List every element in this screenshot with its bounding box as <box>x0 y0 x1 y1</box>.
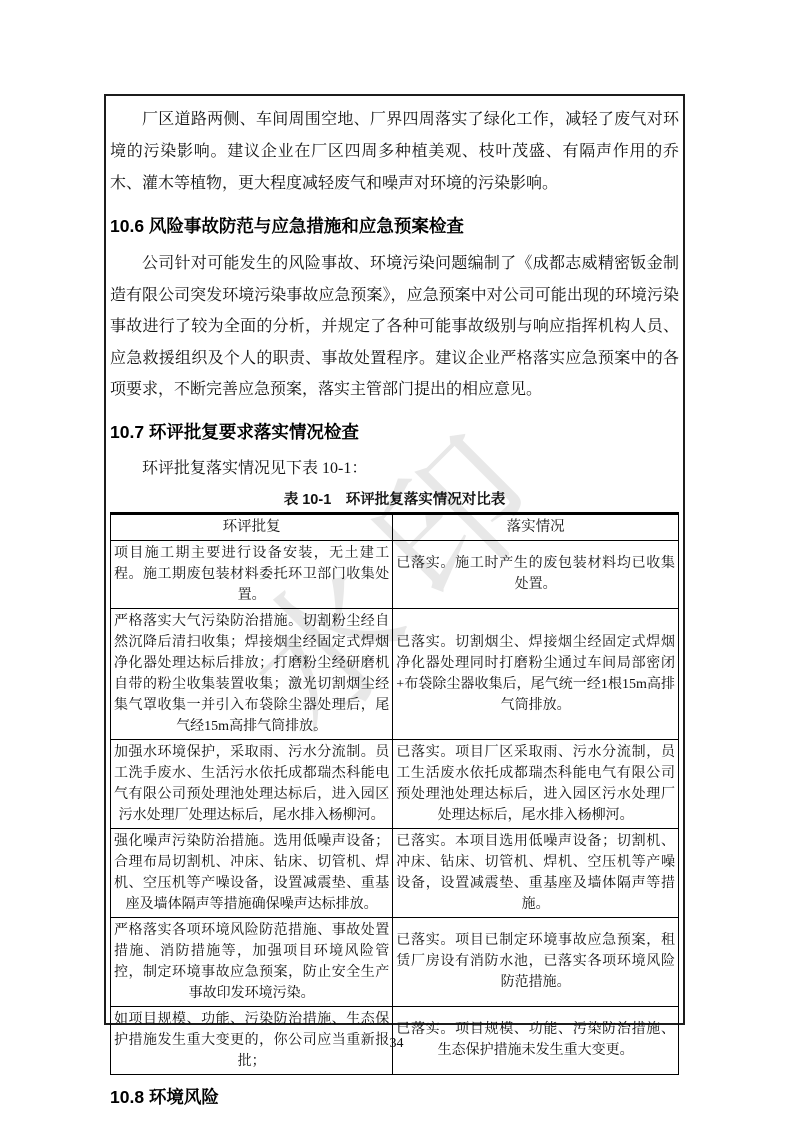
document-page: 水印 厂区道路两侧、车间周围空地、厂界四周落实了绿化工作，减轻了废气对环境的污染… <box>0 0 793 1122</box>
cell-implementation-3: 已落实。项目厂区采取雨、污水分流制，员工生活废水依托成都瑞杰科能电气有限公司预处… <box>393 739 679 828</box>
eia-approval-comparison-table: 环评批复 落实情况 项目施工期主要进行设备安装，无土建工程。施工期废包装材料委托… <box>110 512 679 1075</box>
cell-implementation-1: 已落实。施工时产生的废包装材料均已收集处置。 <box>393 540 679 608</box>
table-intro-line: 环评批复落实情况见下表 10-1： <box>110 454 679 484</box>
page-number: 34 <box>0 1036 793 1052</box>
cell-implementation-2: 已落实。切割烟尘、焊接烟尘经固定式焊烟净化器处理同时打磨粉尘通过车间局部密闭+布… <box>393 608 679 739</box>
cell-approval-5: 严格落实各项环境风险防范措施、事故处置措施、消防措施等，加强项目环境风险管控，制… <box>111 917 393 1006</box>
cell-implementation-4: 已落实。本项目选用低噪声设备；切割机、冲床、钻床、切管机、焊机、空压机等产噪设备… <box>393 828 679 917</box>
heading-10-8: 10.8 环境风险 <box>110 1084 679 1110</box>
cell-approval-4: 强化噪声污染防治措施。选用低噪声设备；合理布局切割机、冲床、钻床、切管机、焊机、… <box>111 828 393 917</box>
table-row: 严格落实大气污染防治措施。切割粉尘经自然沉降后清扫收集；焊接烟尘经固定式焊烟净化… <box>111 608 679 739</box>
cell-approval-1: 项目施工期主要进行设备安装，无土建工程。施工期废包装材料委托环卫部门收集处置。 <box>111 540 393 608</box>
table-row: 项目施工期主要进行设备安装，无土建工程。施工期废包装材料委托环卫部门收集处置。 … <box>111 540 679 608</box>
paragraph-greening: 厂区道路两侧、车间周围空地、厂界四周落实了绿化工作，减轻了废气对环境的污染影响。… <box>110 104 679 200</box>
cell-approval-2: 严格落实大气污染防治措施。切割粉尘经自然沉降后清扫收集；焊接烟尘经固定式焊烟净化… <box>111 608 393 739</box>
paragraph-10-6: 公司针对可能发生的风险事故、环境污染问题编制了《成都志威精密钣金制造有限公司突发… <box>110 248 679 406</box>
column-header-eia-approval: 环评批复 <box>111 513 393 540</box>
table-caption: 表 10-1 环评批复落实情况对比表 <box>110 488 679 509</box>
table-row: 强化噪声污染防治措施。选用低噪声设备；合理布局切割机、冲床、钻床、切管机、焊机、… <box>111 828 679 917</box>
heading-10-7: 10.7 环评批复要求落实情况检查 <box>110 419 679 445</box>
table-row: 严格落实各项环境风险防范措施、事故处置措施、消防措施等，加强项目环境风险管控，制… <box>111 917 679 1006</box>
cell-approval-3: 加强水环境保护，采取雨、污水分流制。员工洗手废水、生活污水依托成都瑞杰科能电气有… <box>111 739 393 828</box>
page-border-frame: 厂区道路两侧、车间周围空地、厂界四周落实了绿化工作，减轻了废气对环境的污染影响。… <box>104 94 685 1025</box>
table-row: 加强水环境保护，采取雨、污水分流制。员工洗手废水、生活污水依托成都瑞杰科能电气有… <box>111 739 679 828</box>
column-header-implementation: 落实情况 <box>393 513 679 540</box>
heading-10-6: 10.6 风险事故防范与应急措施和应急预案检查 <box>110 213 679 239</box>
table-header-row: 环评批复 落实情况 <box>111 513 679 540</box>
cell-implementation-5: 已落实。项目已制定环境事故应急预案，租赁厂房设有消防水池，已落实各项环境风险防范… <box>393 917 679 1006</box>
